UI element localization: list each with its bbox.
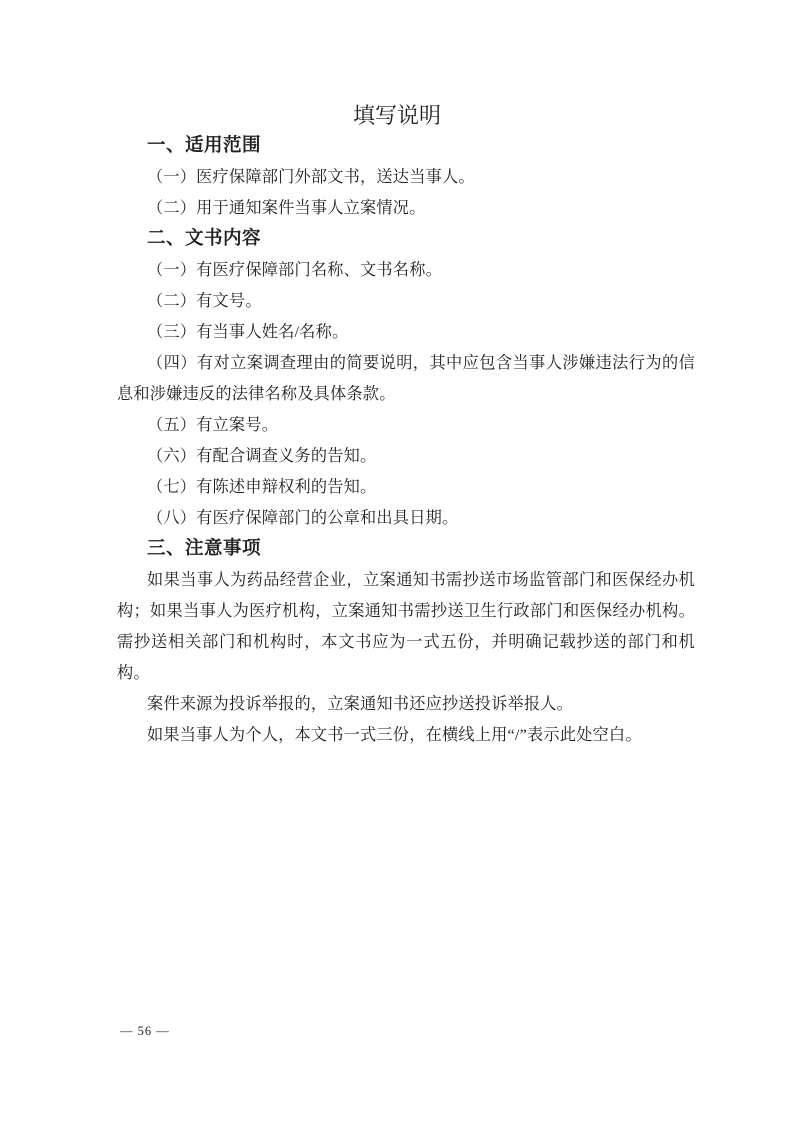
section-2-paragraph-7: （七）有陈述申辩权利的告知。 (117, 472, 695, 503)
section-2-paragraph-3: （三）有当事人姓名/名称。 (117, 317, 695, 348)
section-2-paragraph-5: （五）有立案号。 (117, 410, 695, 441)
page-title: 填写说明 (108, 100, 686, 131)
section-2-paragraph-8: （八）有医疗保障部门的公章和出具日期。 (117, 503, 695, 534)
section-3-paragraph-2: 案件来源为投诉举报的，立案通知书还应抄送投诉举报人。 (117, 689, 695, 720)
page-number: — 56 — (120, 1021, 170, 1041)
section-1-paragraph-1: （一）医疗保障部门外部文书，送达当事人。 (117, 162, 695, 193)
section-document-contents: 二、文书内容 （一）有医疗保障部门名称、文书名称。 （二）有文号。 （三）有当事… (117, 224, 695, 534)
document-content: 填写说明 一、适用范围 （一）医疗保障部门外部文书，送达当事人。 （二）用于通知… (0, 0, 793, 751)
section-1-paragraph-2: （二）用于通知案件当事人立案情况。 (117, 193, 695, 224)
section-applicable-scope: 一、适用范围 （一）医疗保障部门外部文书，送达当事人。 （二）用于通知案件当事人… (117, 131, 695, 224)
section-2-paragraph-4: （四）有对立案调查理由的简要说明，其中应包含当事人涉嫌违法行为的信息和涉嫌违反的… (117, 348, 695, 410)
section-2-heading: 二、文书内容 (117, 224, 695, 255)
document-page: 填写说明 一、适用范围 （一）医疗保障部门外部文书，送达当事人。 （二）用于通知… (0, 0, 793, 1122)
section-2-paragraph-2: （二）有文号。 (117, 286, 695, 317)
section-3-paragraph-3: 如果当事人为个人，本文书一式三份，在横线上用“/”表示此处空白。 (117, 720, 695, 751)
section-notes: 三、注意事项 如果当事人为药品经营企业，立案通知书需抄送市场监管部门和医保经办机… (117, 534, 695, 751)
section-3-heading: 三、注意事项 (117, 534, 695, 565)
section-3-paragraph-1: 如果当事人为药品经营企业，立案通知书需抄送市场监管部门和医保经办机构；如果当事人… (117, 565, 695, 689)
section-1-heading: 一、适用范围 (117, 131, 695, 162)
section-2-paragraph-6: （六）有配合调查义务的告知。 (117, 441, 695, 472)
section-2-paragraph-1: （一）有医疗保障部门名称、文书名称。 (117, 255, 695, 286)
